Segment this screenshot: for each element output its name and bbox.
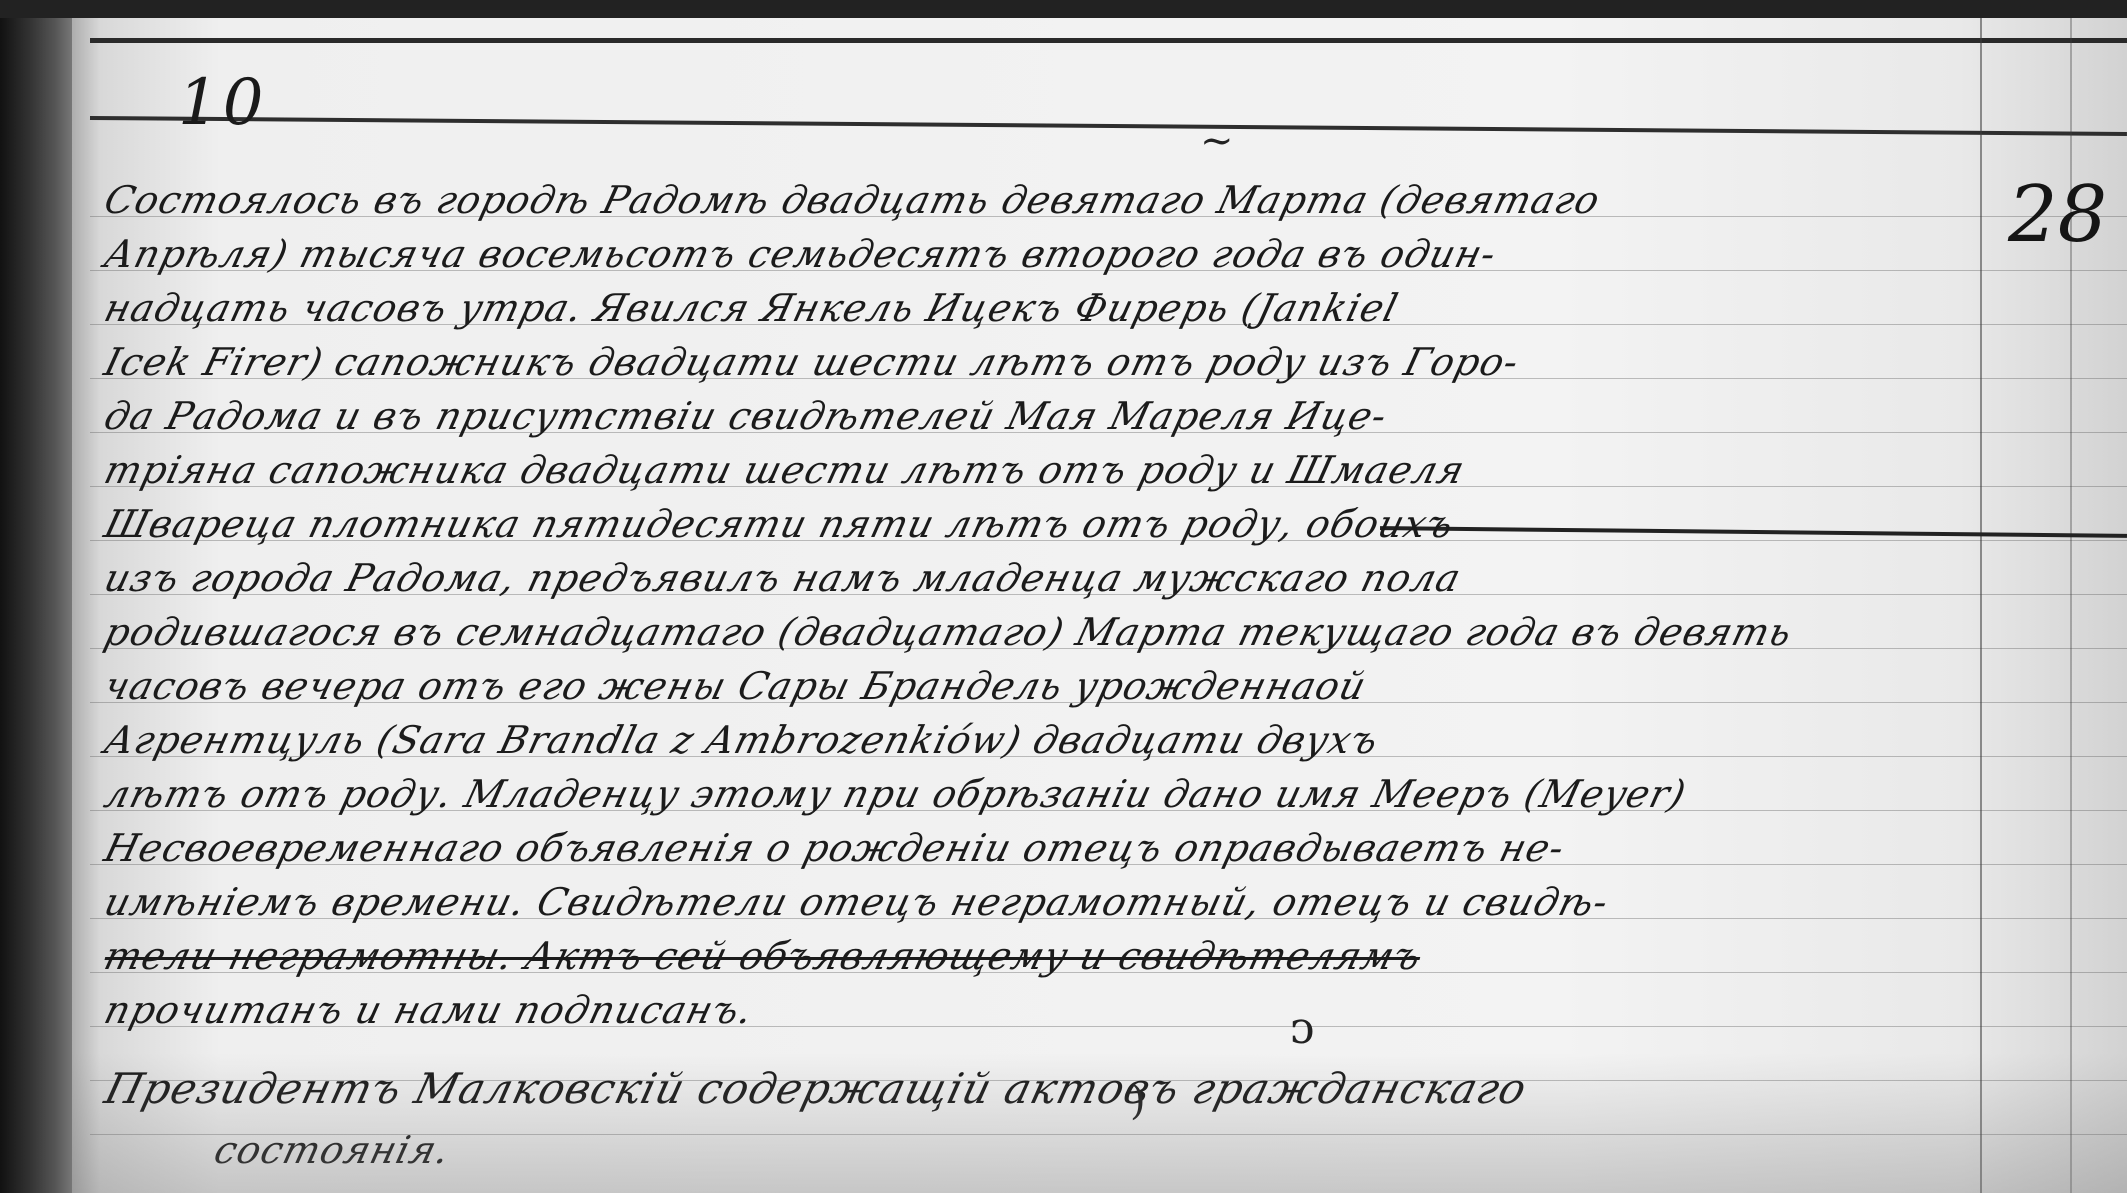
text-line-14: имѣніемъ времени. Свидѣтели отецъ неграм…	[100, 880, 1613, 924]
text-line-1: Состоялось въ городѣ Радомѣ двадцать дев…	[100, 178, 1605, 222]
text-line-5: да Радома и въ присутствіи свидѣтелей Ма…	[100, 394, 1392, 438]
text-line-2: Апрѣля) тысяча восемьсотъ семьдесятъ вто…	[100, 232, 1501, 276]
text-line-11: Агрентцуль (Sara Brandla z Ambrozenkiów)…	[100, 718, 1383, 762]
text-line-7: Швареца плотника пятидесяти пяти лѣтъ от…	[100, 502, 1459, 546]
book-binding-shadow	[0, 18, 72, 1193]
margin-line	[1980, 18, 1982, 1193]
text-line-3: надцать часовъ утра. Явился Янкель Ицекъ…	[100, 286, 1403, 330]
text-line-10: часовъ вечера отъ его жены Сары Брандель…	[100, 664, 1371, 708]
text-line-12: лѣтъ отъ роду. Младенцу этому при обрѣза…	[100, 772, 1691, 816]
text-line-13: Несвоевременнаго объявленія о рожденіи о…	[100, 826, 1569, 870]
text-line-8: изъ города Радома, предъявилъ намъ младе…	[100, 556, 1466, 600]
ink-mark: ᴐ	[1290, 1003, 1315, 1054]
ink-mark: )	[1130, 1078, 1146, 1124]
text-line-4: Icek Firer) сапожникъ двадцати шести лѣт…	[100, 340, 1524, 384]
text-line-6: тріяна сапожника двадцати шести лѣтъ отъ…	[100, 448, 1470, 492]
signature-line-2: состоянія.	[210, 1128, 455, 1172]
signature-line: Президентъ Малковскій содержащій актовъ …	[100, 1064, 1532, 1113]
entry-number: 28	[2008, 170, 2107, 260]
strike-through-line	[1380, 526, 2127, 538]
page-number: 10	[178, 66, 267, 140]
text-line-15: тели неграмотны. Актъ сей объявляющему и…	[100, 934, 1426, 978]
record-page: 10 28 Состоялось въ городѣ Радомѣ двадца…	[60, 18, 2127, 1193]
top-rule	[90, 38, 2127, 43]
text-line-9: родившагося въ семнадцатаго (двадцатаго)…	[100, 610, 1797, 654]
text-line-16: прочитанъ и нами подписанъ.	[100, 988, 758, 1032]
ink-mark: ~	[1200, 118, 1234, 164]
header-rule	[90, 116, 2127, 136]
